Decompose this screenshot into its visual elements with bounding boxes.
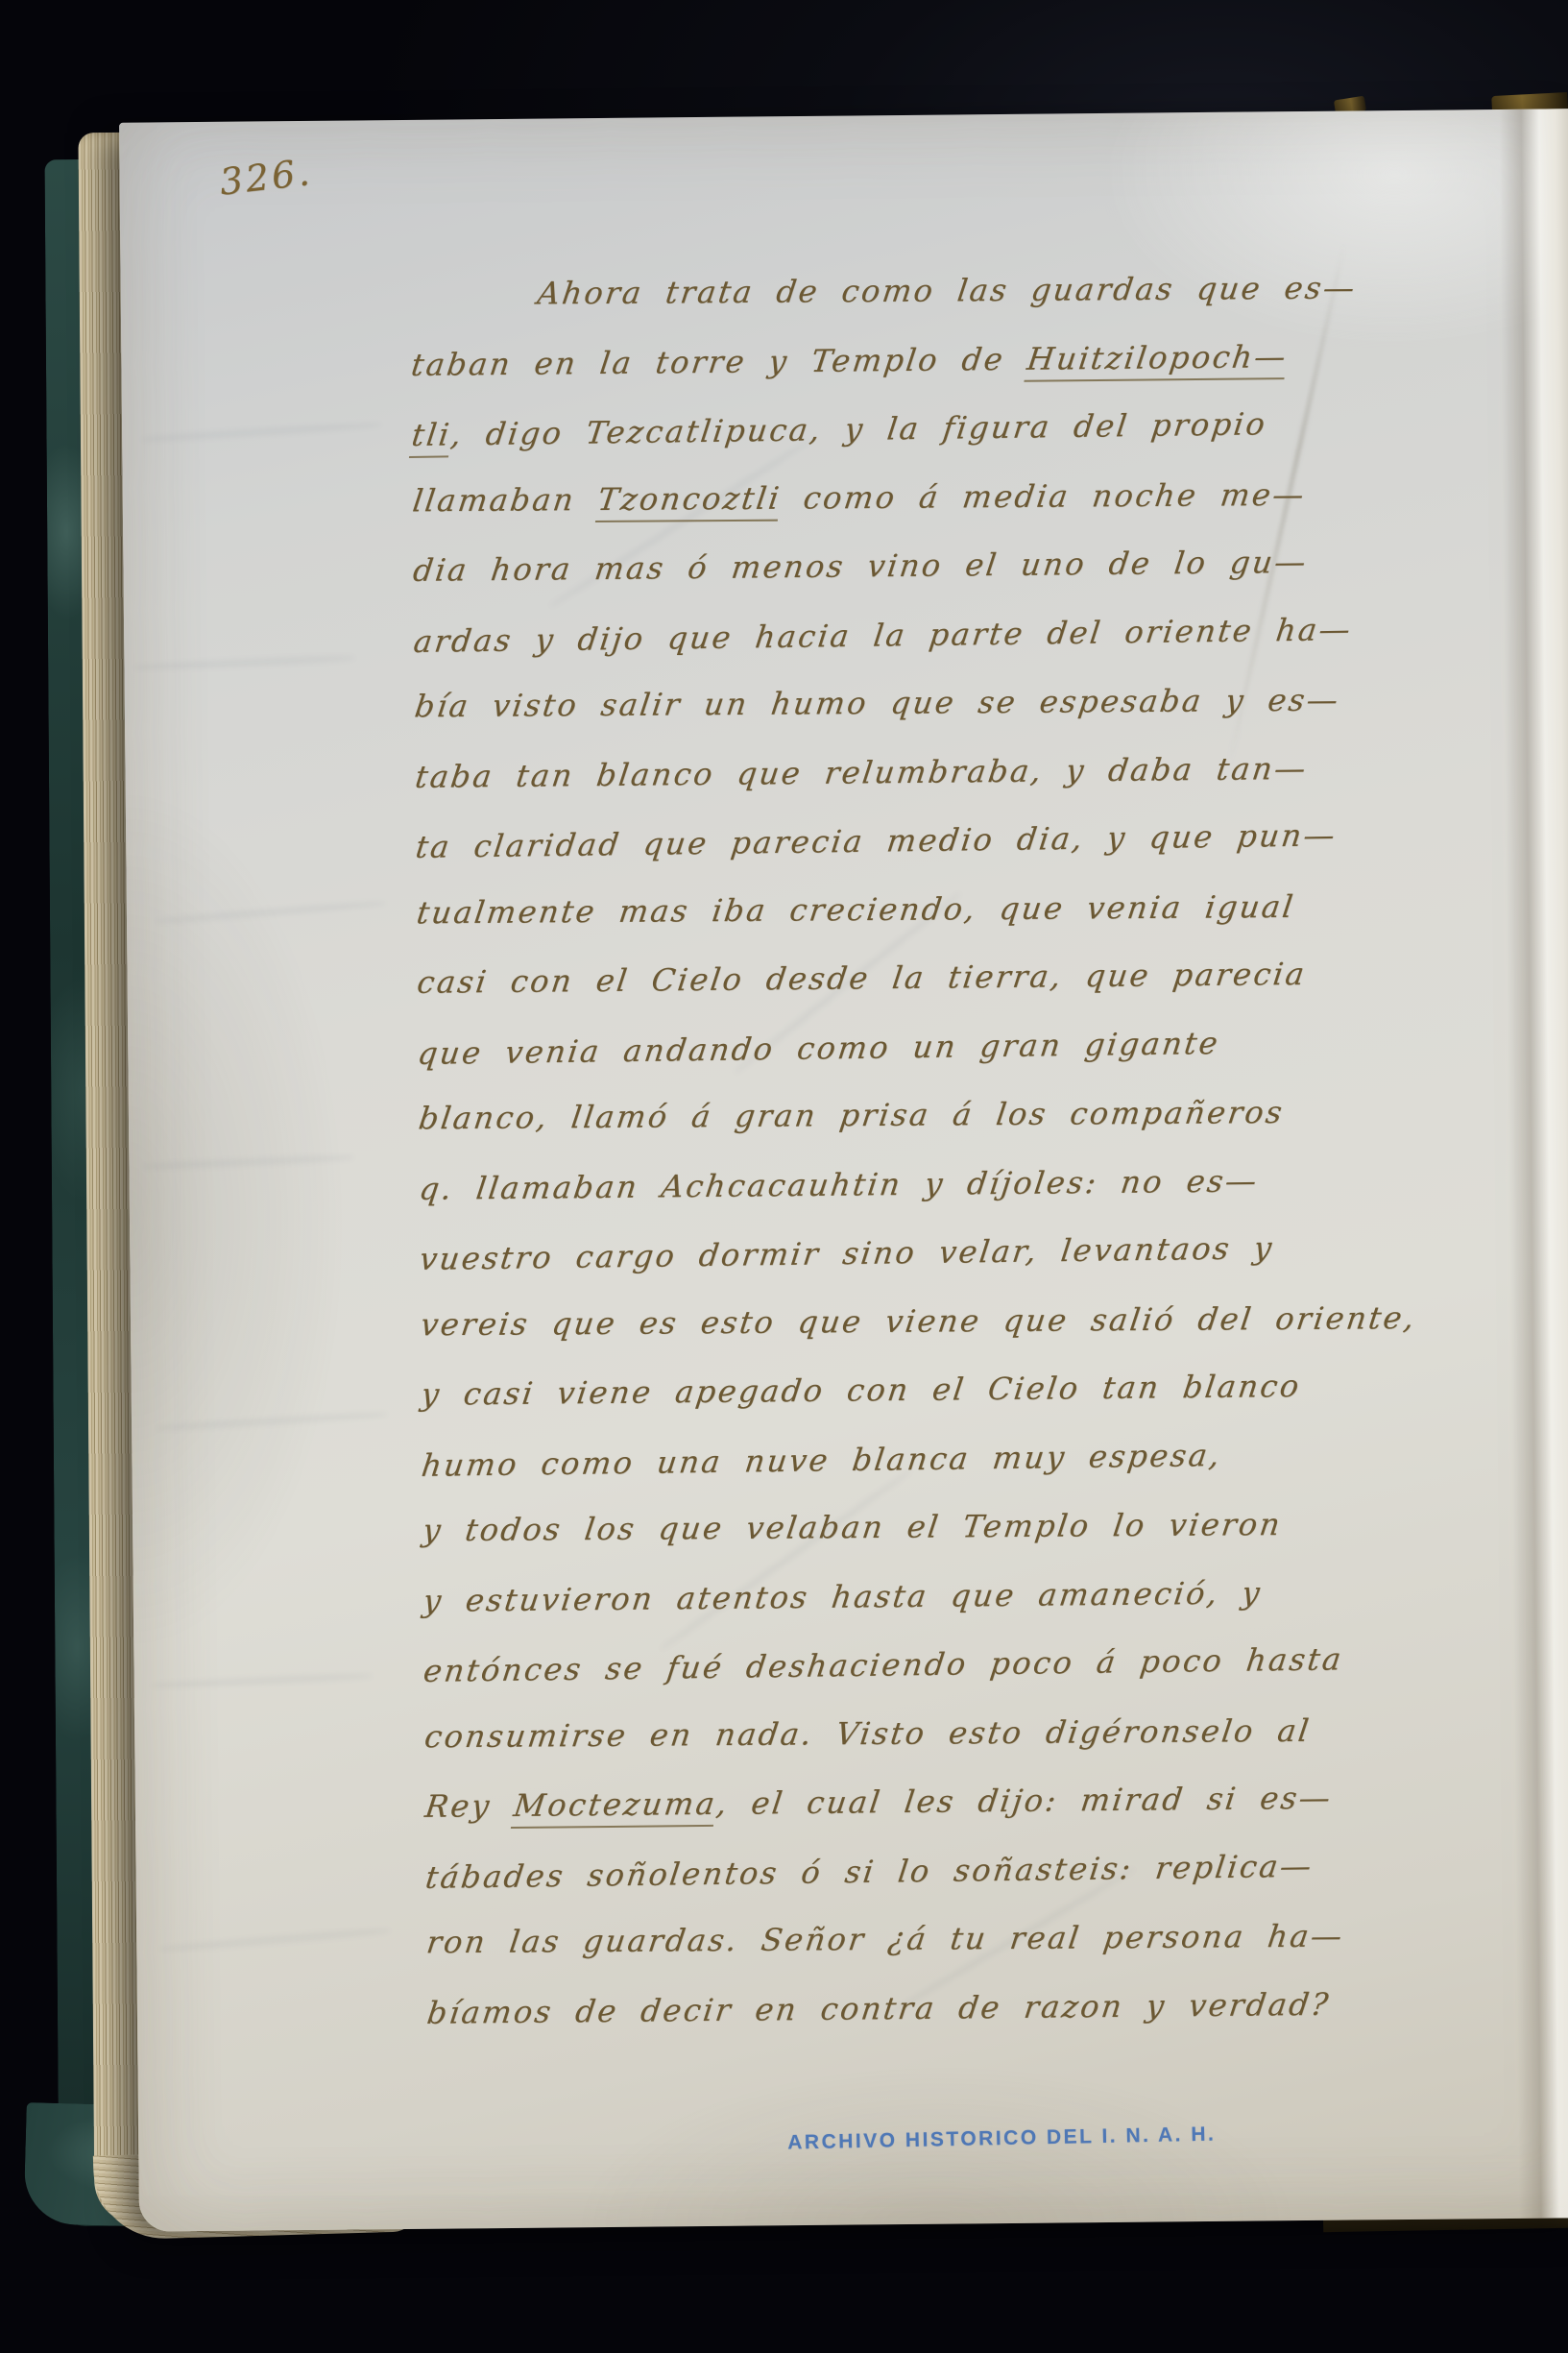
ink-showthrough: [152, 1672, 373, 1688]
manuscript-line: bía visto salir un humo que se espesaba …: [410, 665, 1552, 741]
folio-number: 326.: [217, 151, 314, 204]
ink-showthrough: [141, 422, 381, 443]
ink-showthrough: [133, 654, 354, 670]
manuscript-segment: Rey: [422, 1787, 516, 1825]
manuscript-segment: bía visto salir un humo que se espesaba …: [413, 682, 1342, 725]
manuscript-segment: llamaban: [411, 480, 601, 518]
manuscript-line: tábades soñolentos ó si lo soñasteis: re…: [422, 1829, 1564, 1912]
manuscript-line: taba tan blanco que relumbraba, y daba t…: [411, 732, 1553, 812]
manuscript-line: consumirse en nada. Visto esto digéronse…: [421, 1694, 1562, 1771]
manuscript-segment: y casi viene apegado con el Cielo tan bl…: [419, 1368, 1303, 1413]
manuscript-page: 326. Ahora trata de como las guardas que…: [119, 109, 1568, 2231]
manuscript-segment: q. llamaban Achcacauhtin y díjoles: no e…: [417, 1162, 1261, 1206]
manuscript-line: humo como una nuve blanca muy espesa,: [418, 1417, 1560, 1500]
manuscript-line: y casi viene apegado con el Cielo tan bl…: [417, 1349, 1558, 1429]
archive-stamp: ARCHIVO HISTORICO DEL I. N. A. H.: [787, 2123, 1217, 2155]
manuscript-line: bíamos de decir en contra de razon y ver…: [422, 1968, 1564, 2048]
manuscript-segment: dia hora mas ó menos vino el uno de lo g…: [411, 544, 1310, 589]
manuscript-line: q. llamaban Achcacauhtin y díjoles: no e…: [415, 1144, 1556, 1224]
manuscript-line: dia hora mas ó menos vino el uno de lo g…: [409, 525, 1551, 605]
manuscript-segment: como á media noche me—: [779, 475, 1309, 516]
manuscript-line: y todos los que velaban el Templo lo vie…: [419, 1489, 1560, 1565]
manuscript-segment: taba tan blanco que relumbraba, y daba t…: [413, 749, 1310, 794]
ink-showthrough: [157, 1411, 387, 1432]
manuscript-line: entónces se fué deshaciendo poco á poco …: [420, 1622, 1562, 1706]
ink-showthrough: [156, 900, 386, 925]
manuscript-segment: vuestro cargo dormir sino velar, levanta…: [418, 1229, 1276, 1277]
ink-showthrough: [159, 1928, 390, 1953]
manuscript-segment: casi con el Cielo desde la tierra, que p…: [415, 956, 1309, 1001]
manuscript-segment: ardas y dijo que hacia la parte del orie…: [412, 611, 1355, 660]
manuscript-line: taban en la torre y Templo de Huitzilopo…: [407, 320, 1549, 400]
manuscript-segment: vereis que es esto que viene que salió d…: [419, 1299, 1419, 1343]
manuscript-segment: bíamos de decir en contra de razon y ver…: [425, 1985, 1333, 2030]
manuscript-line: vuestro cargo dormir sino velar, levanta…: [416, 1210, 1558, 1294]
manuscript-line: ardas y dijo que hacia la parte del orie…: [409, 593, 1552, 676]
manuscript-segment: ron las guardas. Señor ¿á tu real person…: [424, 1918, 1346, 1961]
manuscript-segment: ta claridad que parecia medio dia, y que…: [414, 816, 1339, 865]
manuscript-segment: taban en la torre y Templo de: [409, 340, 1029, 382]
manuscript-segment: blanco, llamó á gran prisa á los compañe…: [417, 1094, 1287, 1136]
manuscript-segment: , digo Tezcatlipuca, y la figura del pro…: [448, 405, 1268, 452]
manuscript-segment: Ahora trata de como las guardas que es—: [535, 269, 1359, 311]
manuscript-line: vereis que es esto que viene que salió d…: [417, 1283, 1558, 1360]
manuscript-segment: y estuvieron atentos hasta que amaneció,…: [421, 1574, 1264, 1618]
manuscript-line: Rey Moctezuma, el cual les dijo: mirad s…: [421, 1761, 1562, 1841]
manuscript-line: ta claridad que parecia medio dia, y que…: [411, 798, 1554, 882]
manuscript-segment: tualmente mas iba creciendo, que venia i…: [415, 887, 1297, 930]
manuscript-segment: tábades soñolentos ó si lo soñasteis: re…: [423, 1847, 1315, 1895]
manuscript-line: tli, digo Tezcatlipuca, y la figura del …: [407, 386, 1550, 470]
manuscript-line: Ahora trata de como las guardas que es—: [406, 253, 1548, 329]
manuscript-line: llamaban Tzoncoztli como á media noche m…: [408, 459, 1550, 536]
manuscript-segment: y todos los que velaban el Templo lo vie…: [421, 1506, 1285, 1548]
manuscript-segment: entónces se fué deshaciendo poco á poco …: [422, 1640, 1345, 1689]
manuscript-line: tualmente mas iba creciendo, que venia i…: [412, 871, 1554, 948]
underlined-word: Tzoncoztli: [595, 479, 784, 522]
manuscript-line: blanco, llamó á gran prisa á los compañe…: [414, 1077, 1556, 1153]
underlined-word: tli: [409, 416, 453, 458]
manuscript-segment: , el cual les dijo: mirad si es—: [714, 1780, 1335, 1822]
photo-of-manuscript: 326. Ahora trata de como las guardas que…: [0, 0, 1568, 2353]
underlined-word: Huitzilopoch—: [1025, 338, 1291, 382]
manuscript-line: casi con el Cielo desde la tierra, que p…: [413, 937, 1555, 1017]
ink-showthrough: [142, 1154, 353, 1171]
manuscript-line: ron las guardas. Señor ¿á tu real person…: [422, 1901, 1564, 1977]
manuscript-line: y estuvieron atentos hasta que amaneció,…: [419, 1556, 1560, 1636]
manuscript-segment: consumirse en nada. Visto esto digéronse…: [422, 1711, 1314, 1754]
manuscript-text: Ahora trata de como las guardas que es—t…: [410, 252, 1560, 2048]
manuscript-segment: que venia andando como un gran gigante: [416, 1024, 1222, 1071]
manuscript-segment: humo como una nuve blanca muy espesa,: [420, 1436, 1224, 1483]
manuscript-line: que venia andando como un gran gigante: [414, 1005, 1556, 1088]
underlined-word: Moctezuma: [511, 1785, 719, 1829]
